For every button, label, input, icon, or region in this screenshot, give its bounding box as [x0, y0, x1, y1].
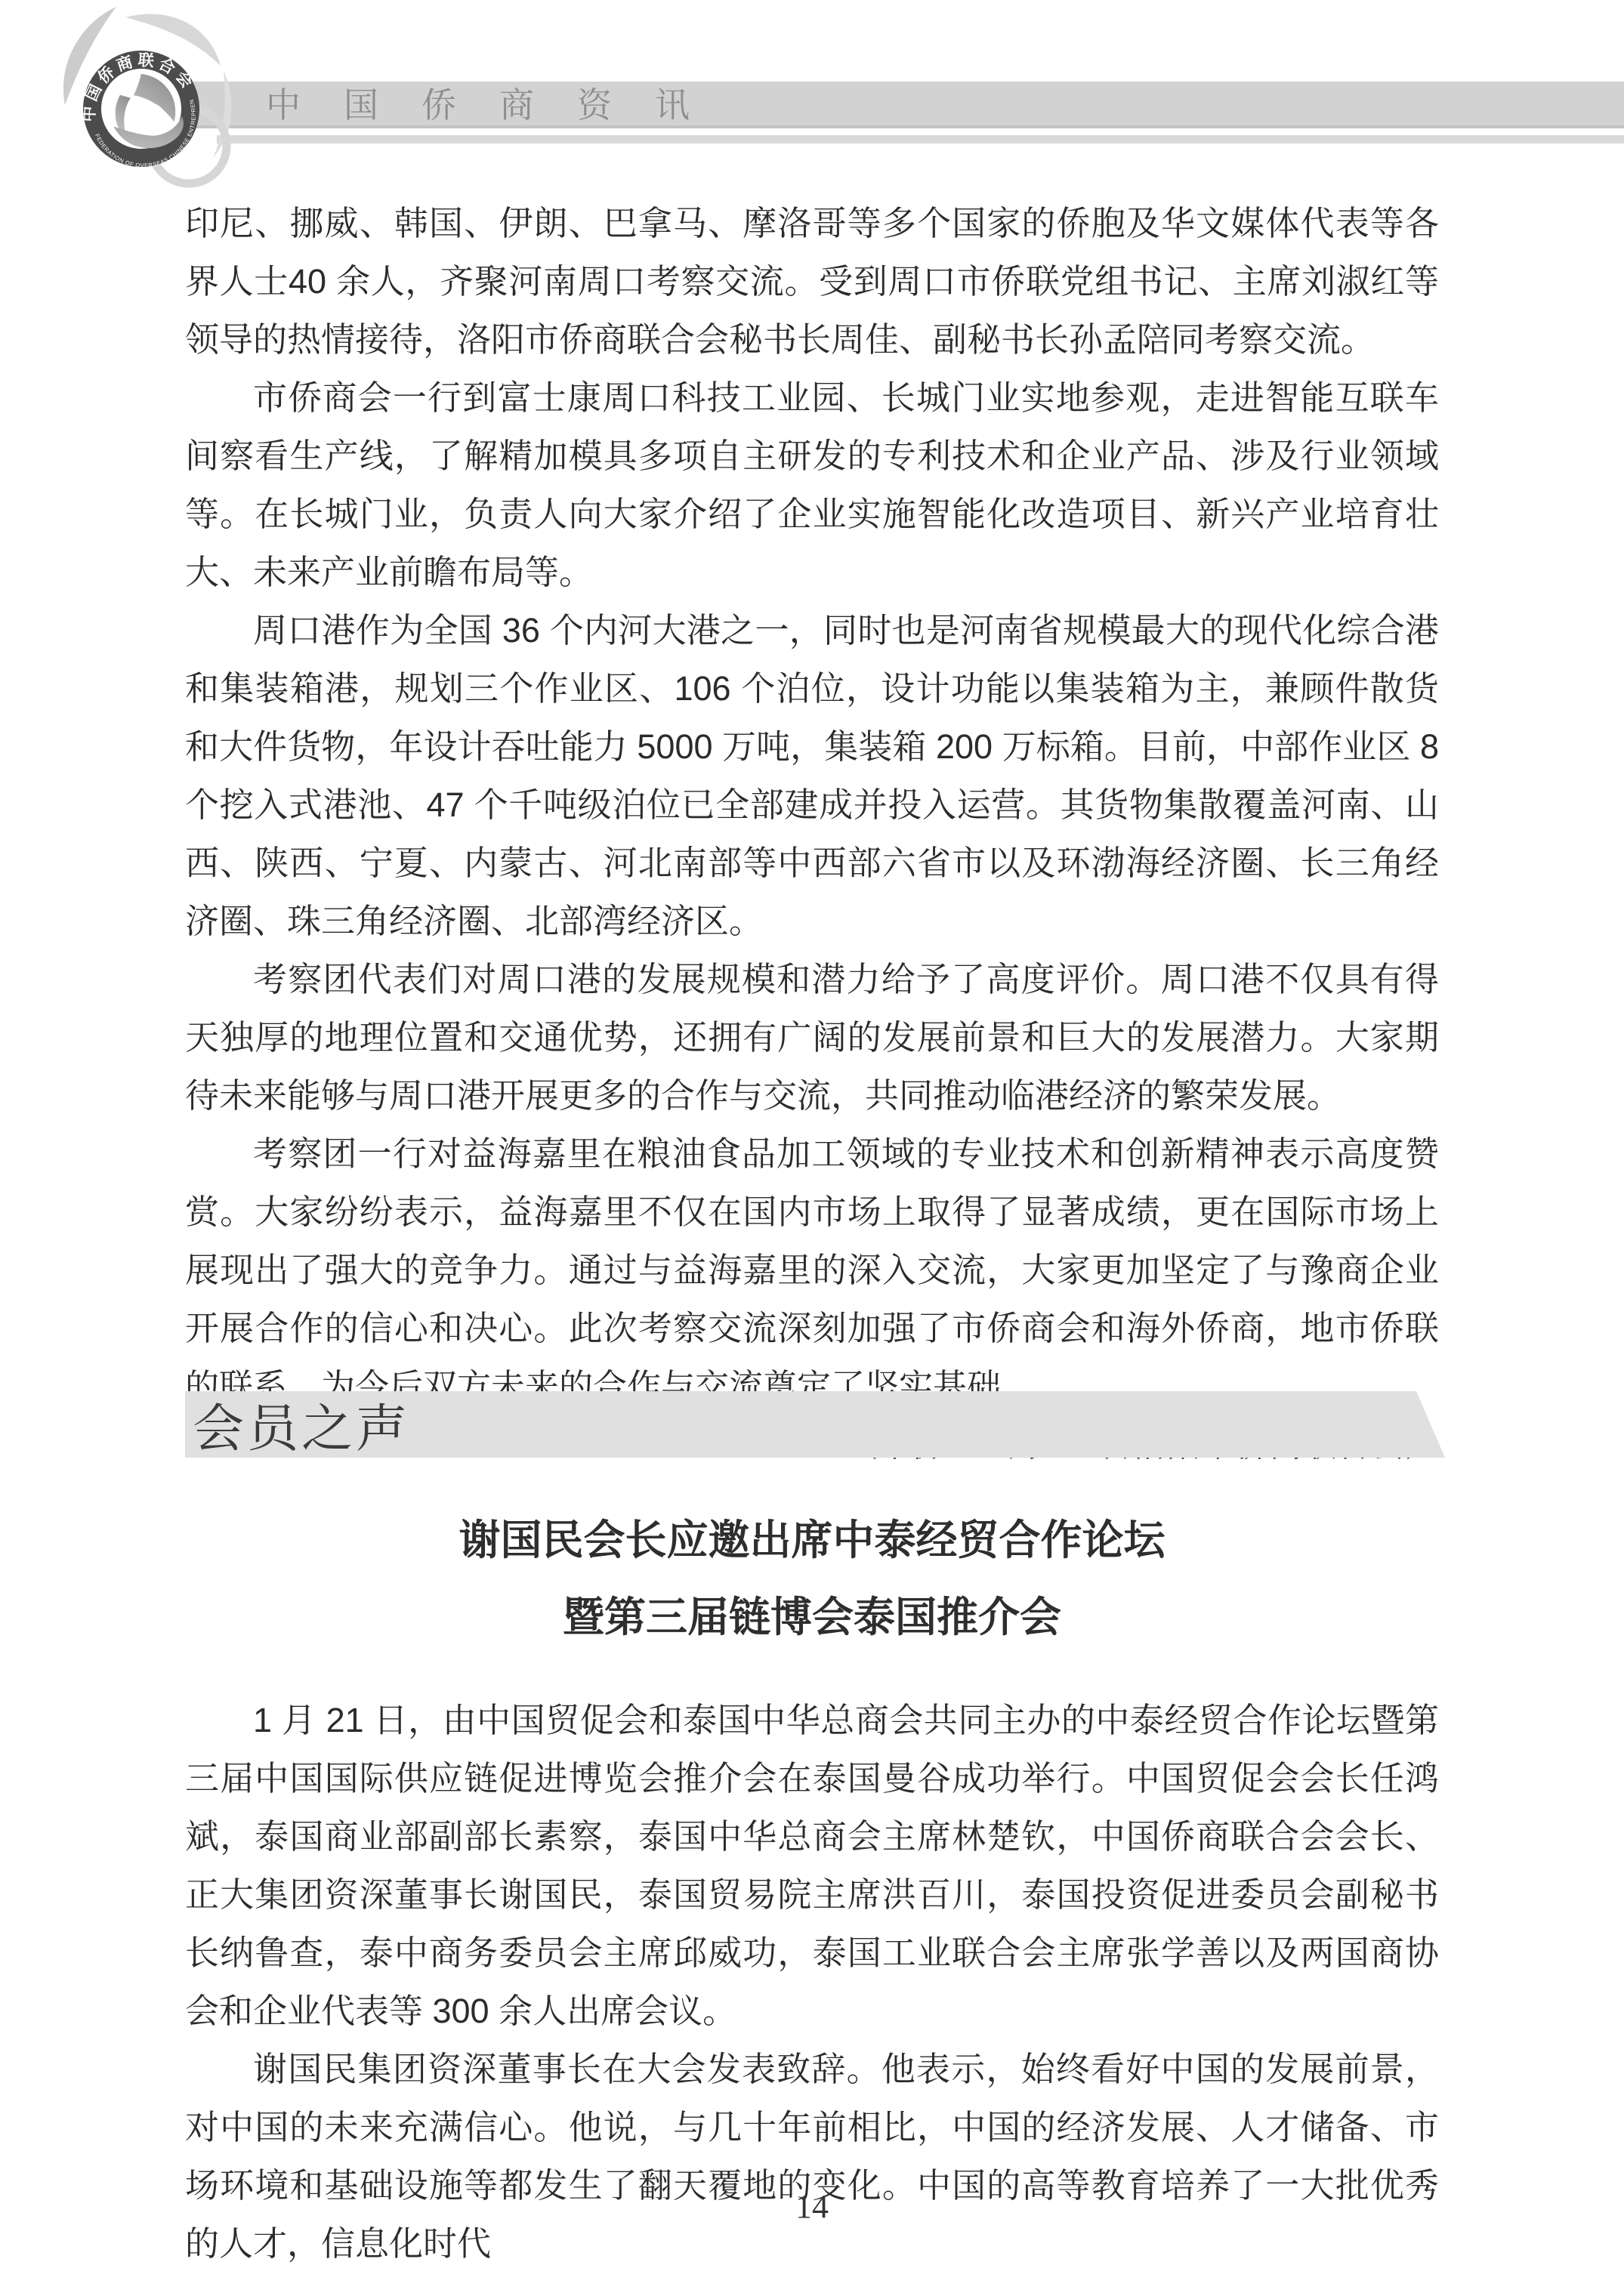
article2-body: 1 月 21 日，由中国贸促会和泰国中华总商会共同主办的中泰经贸合作论坛暨第三届… — [185, 1691, 1439, 2273]
page-number: 14 — [0, 2187, 1624, 2226]
article1-paragraph-text: 考察团一行对益海嘉里在粮油食品加工领域的专业技术和创新精神表示高度赞赏。大家纷纷… — [185, 1134, 1439, 1406]
article1-paragraph: 考察团代表们对周口港的发展规模和潜力给予了高度评价。周口港不仅具有得天独厚的地理… — [185, 950, 1439, 1125]
federation-logo-icon: 中国侨商联合会 CHINA FEDERATION OF OVERSEAS CHI… — [38, 5, 234, 202]
article1-paragraph: 考察团一行对益海嘉里在粮油食品加工领域的专业技术和创新精神表示高度赞赏。大家纷纷… — [185, 1125, 1439, 1415]
section-label: 会员之声 — [193, 1396, 410, 1462]
masthead-strip — [217, 135, 1624, 144]
masthead-title: 中国侨商资讯 — [266, 88, 733, 122]
article2-paragraph: 1 月 21 日，由中国贸促会和泰国中华总商会共同主办的中泰经贸合作论坛暨第三届… — [185, 1691, 1439, 2040]
article1-body: 印尼、挪威、韩国、伊朗、巴拿马、摩洛哥等多个国家的侨胞及华文媒体代表等各界人士4… — [185, 194, 1439, 1474]
article1-paragraph: 市侨商会一行到富士康周口科技工业园、长城门业实地参观，走进智能互联车间察看生产线… — [185, 369, 1439, 601]
article2-paragraph: 谢国民集团资深董事长在大会发表致辞。他表示，始终看好中国的发展前景，对中国的未来… — [185, 2040, 1439, 2273]
article2-title-line2: 暨第三届链博会泰国推介会 — [185, 1579, 1439, 1656]
article1-paragraph: 周口港作为全国 36 个内河大港之一，同时也是河南省规模最大的现代化综合港和集装… — [185, 601, 1439, 950]
article1-paragraph: 印尼、挪威、韩国、伊朗、巴拿马、摩洛哥等多个国家的侨胞及华文媒体代表等各界人士4… — [185, 194, 1439, 369]
article2-title: 谢国民会长应邀出席中泰经贸合作论坛 暨第三届链博会泰国推介会 — [185, 1501, 1439, 1656]
article2-title-line1: 谢国民会长应邀出席中泰经贸合作论坛 — [185, 1501, 1439, 1579]
newsletter-page: 中国侨商资讯 中国侨商联合会 CHINA FEDERATION OF O — [0, 0, 1624, 2293]
